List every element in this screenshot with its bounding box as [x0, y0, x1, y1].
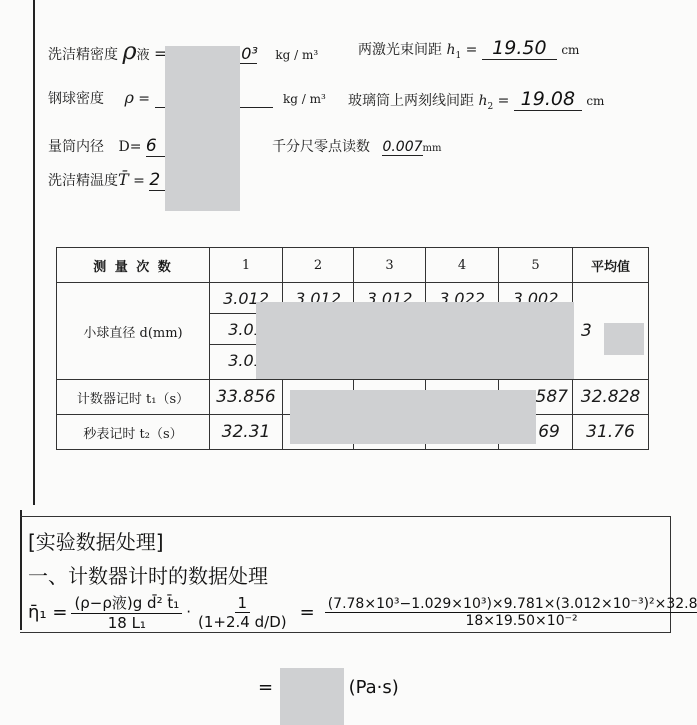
result-unit: (Pa·s) — [349, 677, 399, 698]
substitution-fraction: (7.78×10³−1.029×10³)×9.781×(3.012×10⁻³)²… — [325, 596, 697, 629]
header-cell: 平均值 — [573, 248, 649, 283]
header-cell: 2 — [283, 248, 354, 283]
micrometer-zero-label: 千分尺零点读数 — [272, 139, 370, 155]
counter-average: 32.828 — [573, 380, 649, 415]
micrometer-zero-field: 千分尺零点读数 0.007mm — [272, 136, 442, 156]
inner-diameter-field: 量筒内径 D= 6 — [48, 136, 176, 157]
table-header-row: 测 量 次 数 1 2 3 4 5 平均值 — [57, 248, 649, 283]
substitution-denominator: 18×19.50×10⁻² — [462, 613, 580, 629]
result-equals: = — [258, 677, 273, 698]
mark-distance-value: 19.08 — [514, 88, 582, 111]
laser-distance-label: 两激光束间距 — [358, 42, 442, 58]
mark-distance-label: 玻璃筒上两刻线间距 — [348, 93, 474, 109]
counter-label: 计数器记时 t₁（s） — [57, 380, 210, 415]
rho-ball-symbol: ρ — [124, 88, 133, 107]
stopwatch-label: 秒表记时 t₂（s） — [57, 415, 210, 450]
t-bar-symbol: T̄ — [118, 170, 129, 189]
laser-distance-field: 两激光束间距 h1 = 19.50 cm — [358, 37, 579, 61]
laser-distance-value: 19.50 — [482, 37, 557, 60]
header-cell: 5 — [499, 248, 573, 283]
mark-distance-field: 玻璃筒上两刻线间距 h2 = 19.08 cm — [348, 88, 604, 112]
laser-distance-unit: cm — [561, 43, 579, 57]
stopwatch-average: 31.76 — [573, 415, 649, 450]
redaction-mask — [604, 323, 644, 355]
temperature-field: 洗洁精温度T̄ = 2 — [48, 170, 169, 191]
header-cell: 3 — [354, 248, 426, 283]
table-cell: 33.856 — [210, 380, 283, 415]
formula-fraction-2: 1 (1+2.4 d/D) — [195, 594, 290, 631]
redaction-mask — [290, 390, 536, 444]
page-left-border — [33, 0, 35, 505]
inner-diameter-label: 量筒内径 — [48, 139, 104, 155]
formula-denominator: (1+2.4 d/D) — [195, 613, 290, 631]
equals-sign: = — [300, 602, 315, 623]
viscosity-formula: η̄₁ = (ρ−ρ液)g d̄² t̄₁ 18 L₁ · 1 (1+2.4 d… — [28, 592, 697, 632]
liquid-density-unit: kg / m³ — [275, 48, 318, 62]
processing-title: [实验数据处理] — [28, 526, 164, 555]
micrometer-zero-value: 0.007 — [382, 139, 422, 156]
redaction-mask — [165, 46, 240, 211]
mark-distance-unit: cm — [586, 94, 604, 108]
redaction-mask — [280, 668, 344, 725]
header-cell: 1 — [210, 248, 283, 283]
diameter-label: 小球直径 d(mm) — [57, 283, 210, 380]
formula-lhs: η̄₁ = — [28, 602, 67, 623]
liquid-density-label: 洗洁精密度 — [48, 47, 118, 63]
substitution-numerator: (7.78×10³−1.029×10³)×9.781×(3.012×10⁻³)²… — [325, 596, 697, 613]
rho-subscript: 液 — [137, 48, 150, 63]
header-cell: 4 — [426, 248, 499, 283]
formula-fraction-1: (ρ−ρ液)g d̄² t̄₁ 18 L₁ — [71, 592, 182, 632]
formula-numerator: (ρ−ρ液)g d̄² t̄₁ — [71, 592, 182, 614]
formula-numerator: 1 — [235, 594, 251, 613]
d-symbol: D — [118, 139, 129, 155]
table-cell: 32.31 — [210, 415, 283, 450]
temperature-label: 洗洁精温度 — [48, 173, 118, 189]
h1-subscript: 1 — [455, 51, 461, 61]
ball-density-unit: kg / m³ — [283, 92, 326, 106]
micrometer-zero-unit: mm — [423, 143, 442, 154]
ball-density-label: 钢球密度 — [48, 91, 104, 107]
header-cell: 测 量 次 数 — [57, 248, 210, 283]
rho-symbol: ρ — [122, 37, 136, 65]
redaction-mask — [256, 302, 574, 379]
section-heading: 一、计数器计时的数据处理 — [28, 560, 268, 589]
h2-subscript: 2 — [487, 102, 493, 112]
formula-denominator: 18 L₁ — [105, 614, 149, 632]
